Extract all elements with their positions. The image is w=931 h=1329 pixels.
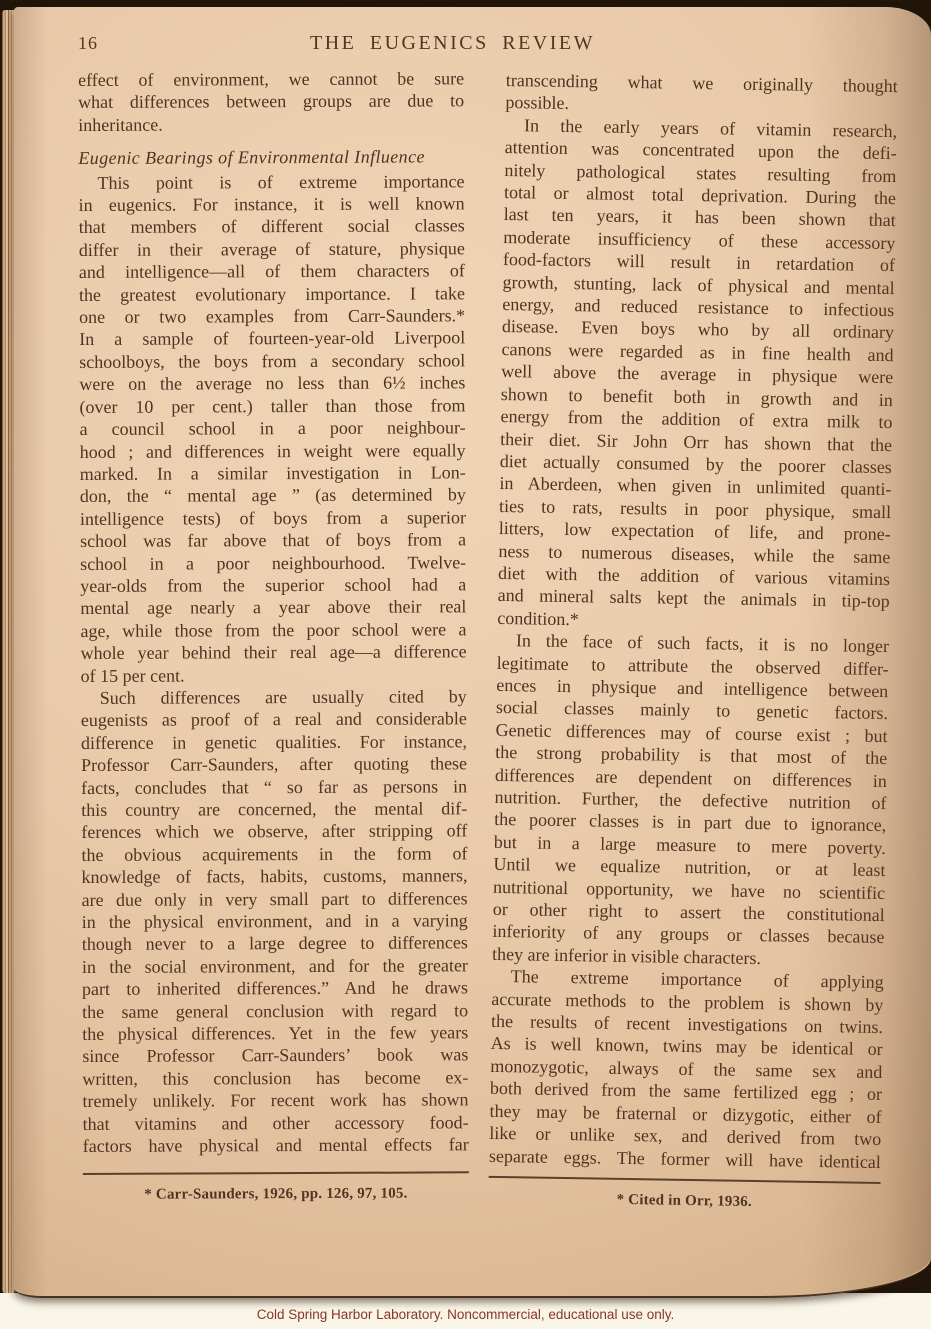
text-line: are due only in very small part to diffe…	[82, 887, 468, 911]
text-line: hood ; and differences in weight were eq…	[80, 439, 466, 463]
text-line: the greatest evolutionary importance. I …	[79, 282, 465, 306]
paragraph: The extreme importance of applyingaccura…	[489, 965, 884, 1173]
book-scan: 16 THE EUGENICS REVIEW effect of environ…	[0, 0, 931, 1329]
footnote-rule	[83, 1171, 469, 1175]
text-line: factors have physical and mental effects…	[83, 1133, 469, 1157]
text-line: one or two examples from Carr-Saunders.*	[79, 304, 465, 328]
text-line: since Professor Carr-Saunders’ book was	[82, 1044, 468, 1068]
footnote-left: * Carr-Saunders, 1926, pp. 126, 97, 105.	[83, 1171, 469, 1206]
copyright-watermark: Cold Spring Harbor Laboratory. Noncommer…	[0, 1307, 931, 1322]
column-left-text: effect of environment, we cannot be sure…	[78, 67, 469, 1157]
text-line: inheritance.	[78, 112, 464, 136]
column-right-text: transcending what we originally thoughtp…	[489, 69, 898, 1173]
text-line: in the physical environment, and in a va…	[82, 909, 468, 933]
text-line: This point is of extreme importance	[78, 170, 464, 194]
book-page: 16 THE EUGENICS REVIEW effect of environ…	[14, 7, 931, 1298]
text-columns: effect of environment, we cannot be sure…	[78, 69, 902, 1209]
text-line: effect of environment, we cannot be sure	[78, 67, 464, 91]
text-line: Professor Carr-Saunders, after quoting t…	[81, 752, 467, 776]
text-line: the same general conclusion with regard …	[82, 999, 468, 1023]
text-line: of 15 per cent.	[81, 663, 467, 687]
paragraph: In the face of such facts, it is no long…	[492, 629, 889, 971]
text-line: In a sample of fourteen-year-old Liverpo…	[79, 327, 465, 351]
text-line: and intelligence—all of them characters …	[79, 260, 465, 284]
text-line: schoolboys, the boys from a secondary sc…	[79, 349, 465, 373]
paragraph: transcending what we originally thoughtp…	[505, 69, 898, 120]
text-line: were on the average no less than 6½ inch…	[79, 372, 465, 396]
text-line: age, while those from the poor school we…	[80, 618, 466, 642]
paragraph: effect of environment, we cannot be sure…	[78, 67, 464, 136]
text-line: this country are concerned, the mental d…	[81, 797, 467, 821]
text-line: marked. In a similar investigation in Lo…	[80, 461, 466, 485]
text-line: Such differences are usually cited by	[81, 685, 467, 709]
paragraph: This point is of extreme importancein eu…	[78, 170, 466, 687]
footnote-text: * Carr-Saunders, 1926, pp. 126, 97, 105.	[83, 1182, 469, 1206]
text-line: difference in genetic qualities. For ins…	[81, 730, 467, 754]
text-line: written, this conclusion has become ex-	[82, 1066, 468, 1090]
text-line: differ in their average of stature, phys…	[79, 237, 465, 261]
text-line: part to inherited differences.” And he d…	[82, 977, 468, 1001]
text-line: year-olds from the superior school had a	[80, 573, 466, 597]
footnote-text: * Cited in Orr, 1936.	[488, 1187, 880, 1216]
text-line: tremely unlikely. For recent work has sh…	[82, 1089, 468, 1113]
text-line: that members of different social classes	[79, 215, 465, 239]
text-line: school was far above that of boys from a	[80, 528, 466, 552]
text-line: mental age nearly a year above their rea…	[80, 596, 466, 620]
text-line: Eugenic Bearings of Environmental Influe…	[78, 146, 464, 170]
text-line: that vitamins and other accessory food-	[83, 1111, 469, 1135]
column-left: effect of environment, we cannot be sure…	[78, 67, 469, 1209]
text-line: what differences between groups are due …	[78, 90, 464, 114]
text-line: in the social environment, and for the g…	[82, 954, 468, 978]
footnote-rule	[489, 1176, 881, 1184]
text-line: knowledge of facts, habits, customs, man…	[81, 865, 467, 889]
section-heading: Eugenic Bearings of Environmental Influe…	[78, 146, 464, 170]
text-line: a council school in a poor neighbour-	[80, 416, 466, 440]
footnote-right: * Cited in Orr, 1936.	[488, 1176, 880, 1216]
text-line: though never to a large degree to differ…	[82, 932, 468, 956]
text-line: school in a poor neighbourhood. Twelve-	[80, 551, 466, 575]
paragraph: Such differences are usually cited byeug…	[81, 685, 469, 1157]
text-line: eugenists as proof of a real and conside…	[81, 708, 467, 732]
column-right: transcending what we originally thoughtp…	[488, 69, 898, 1215]
text-line: the obvious acquirements in the form of	[81, 842, 467, 866]
text-line: intelligence tests) of boys from a super…	[80, 506, 466, 530]
text-line: don, the “ mental age ” (as determined b…	[80, 484, 466, 508]
paragraph: In the early years of vitamin research,a…	[497, 114, 897, 635]
text-line: facts, concludes that “ so far as person…	[81, 775, 467, 799]
text-line: (over 10 per cent.) taller than those fr…	[79, 394, 465, 418]
text-line: ferences which we observe, after strippi…	[81, 820, 467, 844]
journal-title: THE EUGENICS REVIEW	[14, 32, 891, 55]
text-line: the physical differences. Yet in the few…	[82, 1021, 468, 1045]
text-line: whole year behind their real age—a diffe…	[81, 640, 467, 664]
text-line: in eugenics. For instance, it is well kn…	[79, 192, 465, 216]
